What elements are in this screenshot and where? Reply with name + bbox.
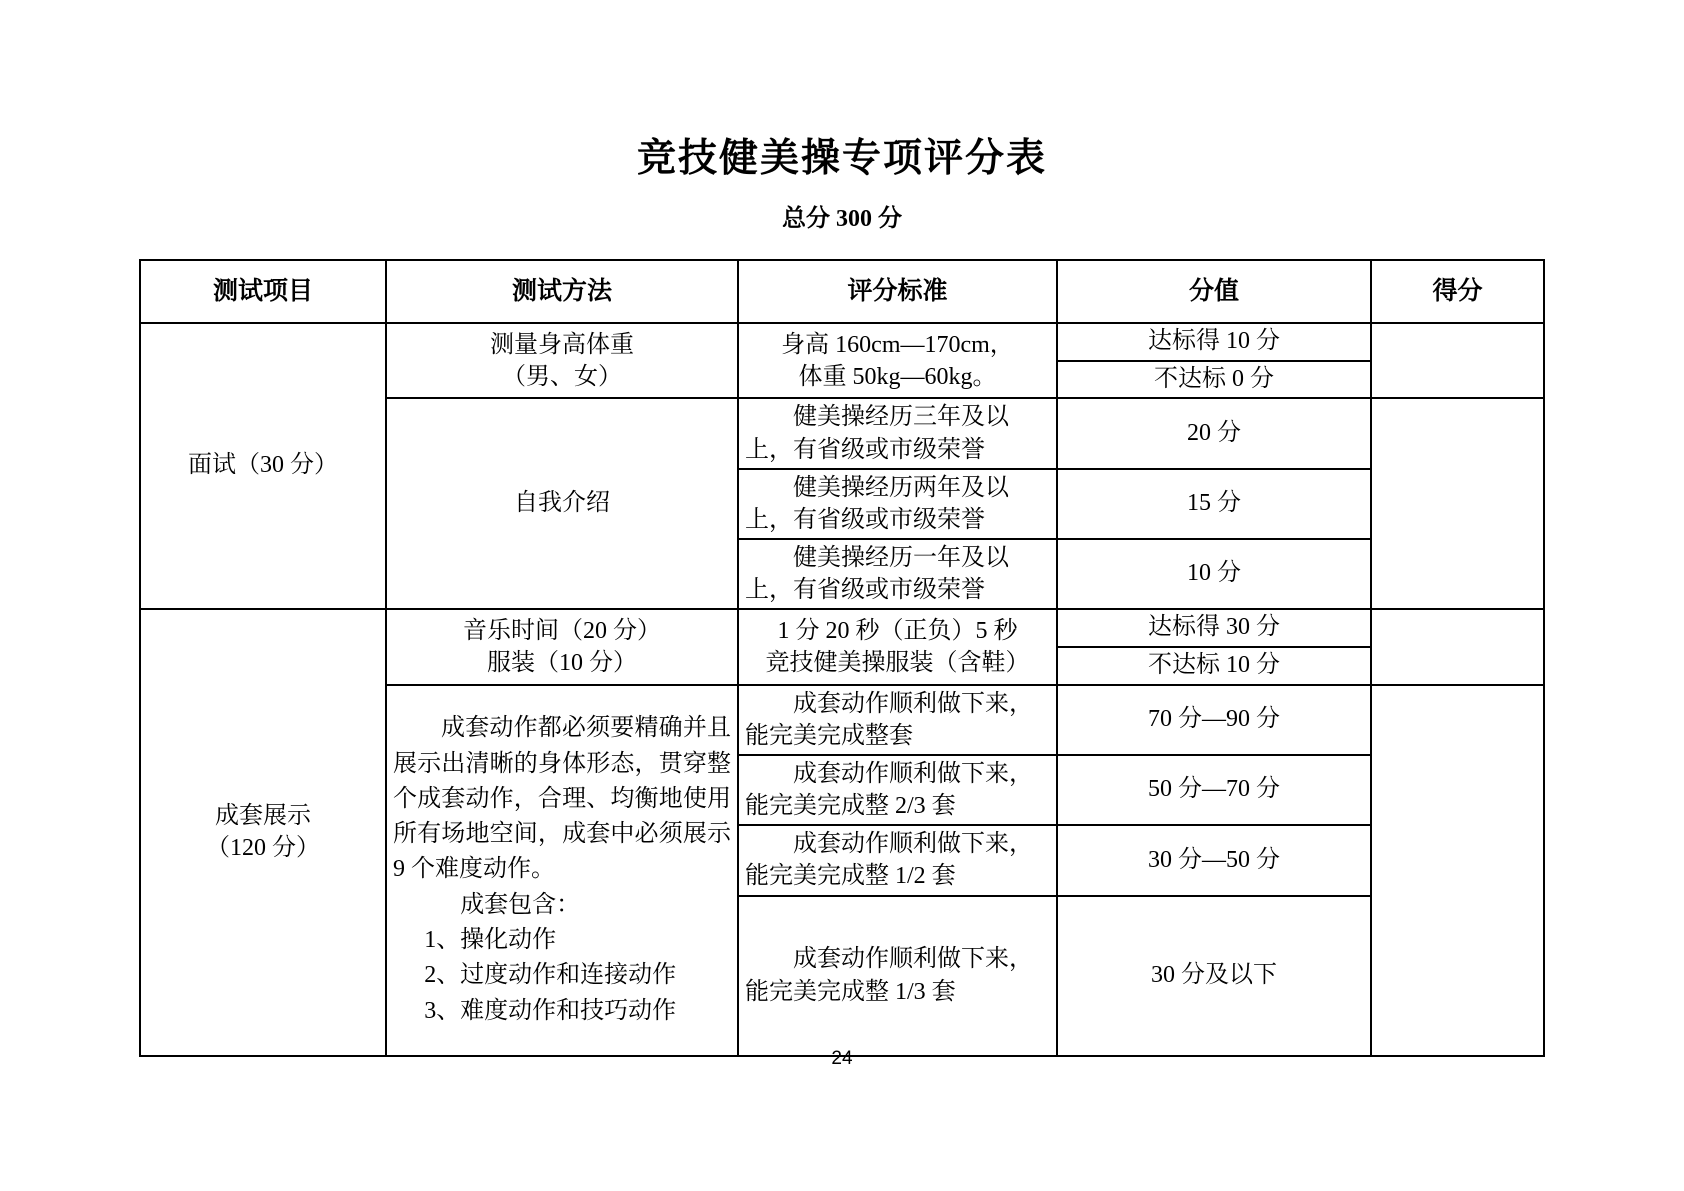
cell-score-blank-music [1371, 609, 1544, 684]
page-subtitle: 总分 300 分 [0, 198, 1684, 233]
cell-intro-criteria-3: 健美操经历一年及以 上，有省级或市级荣誉 [738, 539, 1057, 609]
intro-criteria-3-line1: 健美操经历一年及以 [745, 542, 1050, 574]
scoring-table: 测试项目 测试方法 评分标准 分值 得分 面试（30 分） 测量身高体重 （男、… [139, 259, 1545, 1057]
performance-method-item-2: 2、过度动作和连接动作 [393, 958, 731, 993]
cell-measure-criteria: 身高 160cm—170cm， 体重 50kg—60kg。 [738, 323, 1057, 398]
cell-intro-score-2: 15 分 [1057, 469, 1371, 539]
music-method-line2: 服装（10 分） [393, 647, 731, 679]
cell-performance-score-4: 30 分及以下 [1057, 896, 1371, 1056]
routine-item-line1: 成套展示 [147, 800, 379, 832]
cell-intro-method: 自我介绍 [386, 398, 738, 609]
measure-method-line1: 测量身高体重 [393, 329, 731, 361]
performance-method-item-3: 3、难度动作和技巧动作 [393, 994, 731, 1029]
cell-interview-item: 面试（30 分） [140, 323, 386, 609]
cell-score-blank-performance [1371, 685, 1544, 1056]
performance-method-intro: 成套动作都必须要精确并且展示出清晰的身体形态，贯穿整个成套动作，合理、均衡地使用… [393, 711, 731, 887]
performance-criteria-1-line1: 成套动作顺利做下来， [745, 688, 1050, 720]
cell-intro-criteria-1: 健美操经历三年及以 上，有省级或市级荣誉 [738, 398, 1057, 468]
cell-score-blank-intro [1371, 398, 1544, 609]
performance-method-contains: 成套包含： [393, 888, 731, 923]
intro-criteria-1-line2: 上，有省级或市级荣誉 [745, 434, 1050, 466]
cell-performance-criteria-1: 成套动作顺利做下来， 能完美完成整套 [738, 685, 1057, 755]
measure-criteria-line1: 身高 160cm—170cm， [745, 329, 1050, 361]
cell-music-method: 音乐时间（20 分） 服装（10 分） [386, 609, 738, 684]
header-test-method: 测试方法 [386, 260, 738, 323]
measure-criteria-line2: 体重 50kg—60kg。 [745, 361, 1050, 393]
header-score-obtained: 得分 [1371, 260, 1544, 323]
performance-criteria-1-line2: 能完美完成整套 [745, 720, 1050, 752]
music-method-line1: 音乐时间（20 分） [393, 615, 731, 647]
routine-item-line2: （120 分） [147, 832, 379, 864]
header-row: 测试项目 测试方法 评分标准 分值 得分 [140, 260, 1544, 323]
cell-measure-score-pass: 达标得 10 分 [1057, 323, 1371, 361]
cell-score-blank-measure [1371, 323, 1544, 398]
header-scoring-criteria: 评分标准 [738, 260, 1057, 323]
cell-routine-item: 成套展示 （120 分） [140, 609, 386, 1055]
performance-criteria-4-line1: 成套动作顺利做下来， [745, 943, 1050, 975]
cell-performance-criteria-2: 成套动作顺利做下来， 能完美完成整 2/3 套 [738, 755, 1057, 825]
intro-criteria-1-line1: 健美操经历三年及以 [745, 401, 1050, 433]
music-criteria-line2: 竞技健美操服装（含鞋） [745, 647, 1050, 679]
page-title: 竞技健美操专项评分表 [0, 127, 1684, 183]
cell-performance-method: 成套动作都必须要精确并且展示出清晰的身体形态，贯穿整个成套动作，合理、均衡地使用… [386, 685, 738, 1056]
table-row: 面试（30 分） 测量身高体重 （男、女） 身高 160cm—170cm， 体重… [140, 323, 1544, 361]
performance-method-item-1: 1、操化动作 [393, 923, 731, 958]
cell-intro-score-3: 10 分 [1057, 539, 1371, 609]
performance-criteria-3-line1: 成套动作顺利做下来， [745, 828, 1050, 860]
cell-performance-score-2: 50 分—70 分 [1057, 755, 1371, 825]
cell-measure-score-fail: 不达标 0 分 [1057, 361, 1371, 399]
performance-criteria-2-line1: 成套动作顺利做下来， [745, 758, 1050, 790]
document-page: 竞技健美操专项评分表 总分 300 分 测试项目 测试方法 评分标准 分值 得分… [0, 0, 1684, 1191]
cell-measure-method: 测量身高体重 （男、女） [386, 323, 738, 398]
music-criteria-line1: 1 分 20 秒（正负）5 秒 [745, 615, 1050, 647]
intro-criteria-3-line2: 上，有省级或市级荣誉 [745, 574, 1050, 606]
cell-performance-score-3: 30 分—50 分 [1057, 825, 1371, 895]
table-row: 成套展示 （120 分） 音乐时间（20 分） 服装（10 分） 1 分 20 … [140, 609, 1544, 647]
cell-performance-criteria-3: 成套动作顺利做下来， 能完美完成整 1/2 套 [738, 825, 1057, 895]
header-test-item: 测试项目 [140, 260, 386, 323]
intro-criteria-2-line2: 上，有省级或市级荣誉 [745, 504, 1050, 536]
cell-performance-score-1: 70 分—90 分 [1057, 685, 1371, 755]
cell-music-score-fail: 不达标 10 分 [1057, 647, 1371, 685]
cell-performance-criteria-4: 成套动作顺利做下来， 能完美完成整 1/3 套 [738, 896, 1057, 1056]
measure-method-line2: （男、女） [393, 361, 731, 393]
cell-intro-criteria-2: 健美操经历两年及以 上，有省级或市级荣誉 [738, 469, 1057, 539]
header-score-value: 分值 [1057, 260, 1371, 323]
cell-music-criteria: 1 分 20 秒（正负）5 秒 竞技健美操服装（含鞋） [738, 609, 1057, 684]
cell-intro-score-1: 20 分 [1057, 398, 1371, 468]
performance-criteria-3-line2: 能完美完成整 1/2 套 [745, 860, 1050, 892]
performance-criteria-4-line2: 能完美完成整 1/3 套 [745, 976, 1050, 1008]
cell-music-score-pass: 达标得 30 分 [1057, 609, 1371, 647]
performance-criteria-2-line2: 能完美完成整 2/3 套 [745, 790, 1050, 822]
page-number: 24 [0, 1048, 1684, 1070]
intro-criteria-2-line1: 健美操经历两年及以 [745, 472, 1050, 504]
